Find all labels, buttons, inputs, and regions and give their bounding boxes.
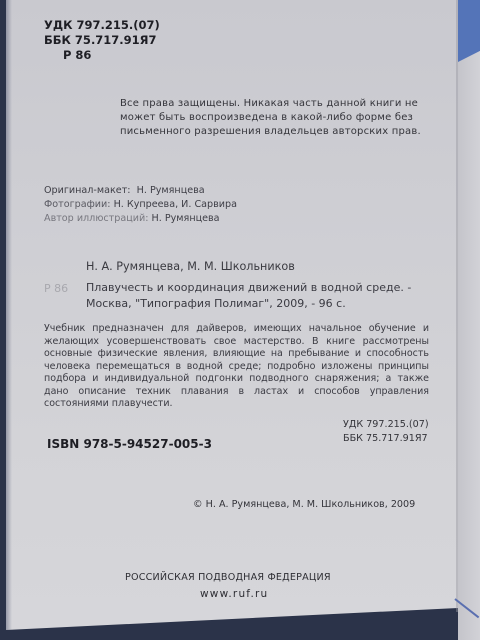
book-page [6,0,458,630]
credit-layout: Оригинал-макет: Н. Румянцева [44,184,237,198]
adjacent-page-edge [458,0,480,640]
credit-value: Н. Румянцева [137,185,205,196]
bbk-code: ББК 75.717.91Я7 [44,33,160,48]
book-photo: УДК 797.215.(07) ББК 75.717.91Я7 Р 86 Вс… [0,0,480,640]
credit-value: Н. Купреева, И. Сарвира [114,199,237,210]
credit-label: Оригинал-макет: [44,185,131,196]
page-fold-line [456,0,458,612]
classification-top: УДК 797.215.(07) ББК 75.717.91Я7 Р 86 [44,18,160,63]
credit-illustrations: Автор иллюстраций: Н. Румянцева [44,212,237,226]
author-mark: Р 86 [44,48,160,63]
title-line: Плавучесть и координация движений в водн… [86,280,411,296]
credit-label: Автор иллюстраций: [44,213,148,224]
bbk-code-bottom: ББК 75.717.91Я7 [343,432,429,446]
credit-label: Фотографии: [44,199,111,210]
publisher-organization: РОССИЙСКАЯ ПОДВОДНАЯ ФЕДЕРАЦИЯ [125,572,331,583]
publication-line: Москва, "Типография Полимаг", 2009, - 96… [86,296,411,312]
rights-line: Все права защищены. Никакая часть данной… [120,97,421,111]
rights-line: может быть воспроизведена в какой-либо ф… [120,111,421,125]
publisher-website: www.ruf.ru [200,588,268,600]
page-edge-shadow [6,0,12,630]
udk-code-bottom: УДК 797.215.(07) [343,418,429,432]
credit-photos: Фотографии: Н. Купреева, И. Сарвира [44,198,237,212]
credits: Оригинал-макет: Н. Румянцева Фотографии:… [44,184,237,226]
rights-line: письменного разрешения владельцев авторс… [120,125,421,139]
udk-code: УДК 797.215.(07) [44,18,160,33]
classification-bottom: УДК 797.215.(07) ББК 75.717.91Я7 [343,418,429,446]
isbn: ISBN 978-5-94527-005-3 [47,437,212,451]
authors-line: Н. А. Румянцева, М. М. Школьников [86,260,295,273]
bibliographic-mark: Р 86 [44,282,68,295]
annotation-paragraph: Учебник предназначен для дайверов, имеющ… [44,323,429,411]
bibliographic-title: Плавучесть и координация движений в водн… [86,280,411,312]
copyright-notice: © Н. А. Румянцева, М. М. Школьников, 200… [193,499,415,510]
rights-notice: Все права защищены. Никакая часть данной… [120,97,421,139]
credit-value: Н. Румянцева [152,213,220,224]
